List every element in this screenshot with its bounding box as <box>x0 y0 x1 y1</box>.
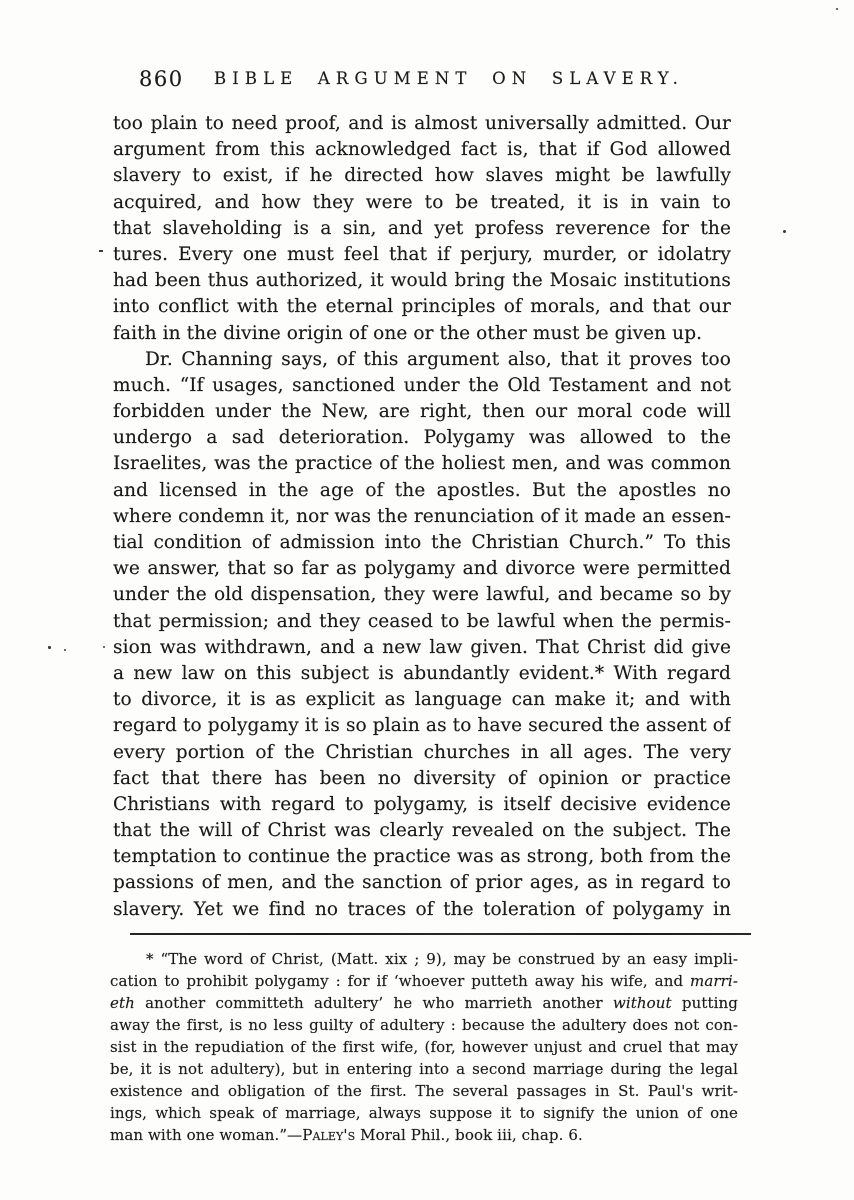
footnote-text: away the first, is no less guilty of adu… <box>110 1016 738 1034</box>
footnote-text: ings, which speak of marriage, always su… <box>110 1104 738 1122</box>
footnote-text: Moral Phil., book iii, chap. 6. <box>355 1126 583 1144</box>
footnote-text: be, it is not adultery), but in entering… <box>110 1060 738 1078</box>
footnote-line: ings, which speak of marriage, always su… <box>110 1102 738 1124</box>
text-line: slavery. Yet we find no traces of the to… <box>113 897 731 923</box>
text-line: fact that there has been no diversity of… <box>113 766 731 792</box>
italic-text: marri- <box>690 972 738 990</box>
text-line: passions of men, and the sanction of pri… <box>113 870 731 896</box>
text-line: acquired, and how they were to be treate… <box>113 190 731 216</box>
footnote-text: * “The word of Christ, (Matt. xix ; 9), … <box>146 950 738 968</box>
text-line: tial condition of admission into the Chr… <box>113 530 731 556</box>
footnote-text: sist in the repudiation of the first wif… <box>110 1038 738 1056</box>
scan-speck <box>783 230 786 233</box>
text-line: regard to polygamy it is so plain as to … <box>113 713 731 739</box>
scan-speck <box>103 646 105 648</box>
text-line: every portion of the Christian churches … <box>113 740 731 766</box>
scan-speck <box>836 8 838 10</box>
text-line: too plain to need proof, and is almost u… <box>113 111 731 137</box>
footnote-text: another committeth adultery’ he who marr… <box>135 994 613 1012</box>
text-line: that slaveholding is a sin, and yet prof… <box>113 216 731 242</box>
text-line: had been thus authorized, it would bring… <box>113 268 731 294</box>
text-line: temptation to continue the practice was … <box>113 844 731 870</box>
text-line: and licensed in the age of the apostles.… <box>113 478 731 504</box>
footnote-line: be, it is not adultery), but in entering… <box>110 1058 738 1080</box>
footnote-line: * “The word of Christ, (Matt. xix ; 9), … <box>110 948 738 970</box>
text-line: that permission; and they ceased to be l… <box>113 609 731 635</box>
text-line: Israelites, was the practice of the holi… <box>113 451 731 477</box>
text-line: into conflict with the eternal principle… <box>113 294 731 320</box>
text-line: where condemn it, nor was the renunciati… <box>113 504 731 530</box>
footnote-divider-rule <box>130 933 751 935</box>
footnote-line: man with one woman.”—Paley's Moral Phil.… <box>110 1124 738 1146</box>
text-line: faith in the divine origin of one or the… <box>113 321 731 347</box>
text-line: undergo a sad deterioration. Polygamy wa… <box>113 425 731 451</box>
page-header: 860 BIBLE ARGUMENT ON SLAVERY. <box>113 66 733 96</box>
italic-text: without <box>613 994 672 1012</box>
text-line: forbidden under the New, are right, then… <box>113 399 731 425</box>
page-number: 860 <box>139 67 184 91</box>
text-line: argument from this acknowledged fact is,… <box>113 137 731 163</box>
footnote: * “The word of Christ, (Matt. xix ; 9), … <box>110 948 738 1146</box>
text-line: a new law on this subject is abundantly … <box>113 661 731 687</box>
body-text: too plain to need proof, and is almost u… <box>113 111 731 923</box>
text-line: we answer, that so far as polygamy and d… <box>113 556 731 582</box>
scan-speck <box>99 250 103 252</box>
footnote-line: eth another committeth adultery’ he who … <box>110 992 738 1014</box>
text-line: slavery to exist, if he directed how sla… <box>113 163 731 189</box>
footnote-line: sist in the repudiation of the first wif… <box>110 1036 738 1058</box>
text-line: much. “If usages, sanctioned under the O… <box>113 373 731 399</box>
text-line: Christians with regard to polygamy, is i… <box>113 792 731 818</box>
footnote-text: man with one woman.”— <box>110 1126 302 1144</box>
footnote-text: existence and obligation of the first. T… <box>110 1082 738 1100</box>
text-line: sion was withdrawn, and a new law given.… <box>113 635 731 661</box>
text-line: Dr. Channing says, of this argument also… <box>113 347 731 373</box>
footnote-line: away the first, is no less guilty of adu… <box>110 1014 738 1036</box>
text-line: to divorce, it is as explicit as languag… <box>113 687 731 713</box>
running-title: BIBLE ARGUMENT ON SLAVERY. <box>113 66 733 88</box>
footnote-text: putting <box>672 994 738 1012</box>
text-line: that the will of Christ was clearly reve… <box>113 818 731 844</box>
italic-text: eth <box>110 994 135 1012</box>
footnote-line: cation to prohibit polygamy : for if ‘wh… <box>110 970 738 992</box>
scan-speck <box>64 649 66 651</box>
scan-speck <box>48 646 51 649</box>
text-line: tures. Every one must feel that if perju… <box>113 242 731 268</box>
footnote-text: cation to prohibit polygamy : for if ‘wh… <box>110 972 690 990</box>
text-line: under the old dispensation, they were la… <box>113 582 731 608</box>
footnote-line: existence and obligation of the first. T… <box>110 1080 738 1102</box>
small-caps-text: Paley's <box>302 1126 355 1144</box>
book-page: 860 BIBLE ARGUMENT ON SLAVERY. too plain… <box>0 0 854 1200</box>
